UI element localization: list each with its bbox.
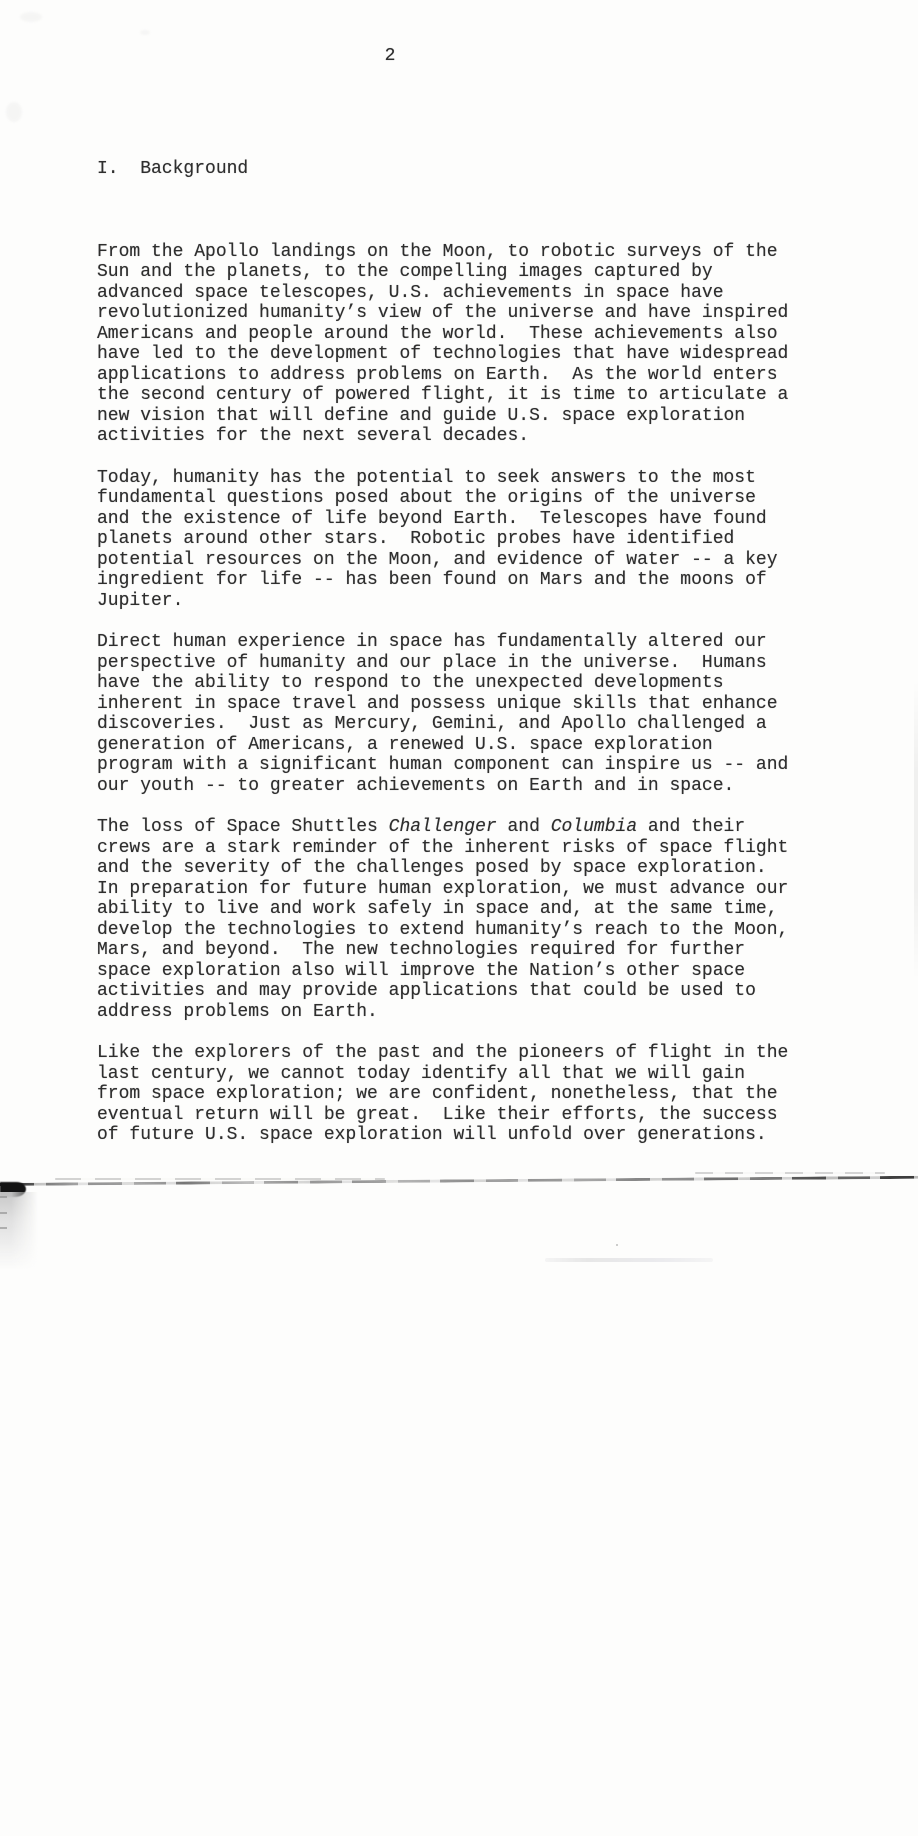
text-line: activities and may provide applications … xyxy=(97,981,807,1002)
scan-smudge xyxy=(545,1258,713,1262)
text-line: space exploration also will improve the … xyxy=(97,961,807,982)
text-segment: ability to live and work safely in space… xyxy=(97,899,778,919)
text-line: ingredient for life -- has been found on… xyxy=(97,570,807,591)
text-line: from space exploration; we are confident… xyxy=(97,1084,807,1105)
text-line: generation of Americans, a renewed U.S. … xyxy=(97,735,807,756)
text-line: The loss of Space Shuttles Challenger an… xyxy=(97,817,807,838)
text-line: Americans and people around the world. T… xyxy=(97,324,807,345)
text-line: and the severity of the challenges posed… xyxy=(97,858,807,879)
italicized-text: Challenger xyxy=(389,817,497,837)
text-segment: planets around other stars. Robotic prob… xyxy=(97,529,734,549)
text-line: the second century of powered flight, it… xyxy=(97,385,807,406)
scan-smudge xyxy=(20,12,42,22)
text-line: potential resources on the Moon, and evi… xyxy=(97,550,807,571)
paragraph: Today, humanity has the potential to see… xyxy=(97,468,807,612)
paragraph: Like the explorers of the past and the p… xyxy=(97,1043,807,1146)
text-segment: Mars, and beyond. The new technologies r… xyxy=(97,940,745,960)
text-segment: Jupiter. xyxy=(97,591,183,611)
text-segment: applications to address problems on Eart… xyxy=(97,365,778,385)
text-line: develop the technologies to extend human… xyxy=(97,920,807,941)
text-line: program with a significant human compone… xyxy=(97,755,807,776)
text-segment: and the severity of the challenges posed… xyxy=(97,858,767,878)
text-segment: activities for the next several decades. xyxy=(97,426,529,446)
text-segment: Like the explorers of the past and the p… xyxy=(97,1043,788,1063)
text-segment: perspective of humanity and our place in… xyxy=(97,653,767,673)
text-segment: The loss of Space Shuttles xyxy=(97,817,389,837)
text-segment: potential resources on the Moon, and evi… xyxy=(97,550,778,570)
paragraphs-container: From the Apollo landings on the Moon, to… xyxy=(97,242,807,1146)
text-segment: and their xyxy=(637,817,745,837)
text-line: have the ability to respond to the unexp… xyxy=(97,673,807,694)
text-segment: last century, we cannot today identify a… xyxy=(97,1064,745,1084)
text-line: discoveries. Just as Mercury, Gemini, an… xyxy=(97,714,807,735)
text-line: have led to the development of technolog… xyxy=(97,344,807,365)
paragraph: The loss of Space Shuttles Challenger an… xyxy=(97,817,807,1022)
text-segment: from space exploration; we are confident… xyxy=(97,1084,778,1104)
scan-right-edge-streak xyxy=(914,680,918,980)
text-segment: have the ability to respond to the unexp… xyxy=(97,673,724,693)
text-line: of future U.S. space exploration will un… xyxy=(97,1125,807,1146)
text-line: eventual return will be great. Like thei… xyxy=(97,1105,807,1126)
scan-tick-mark xyxy=(0,1227,7,1229)
text-line: advanced space telescopes, U.S. achievem… xyxy=(97,283,807,304)
text-segment: address problems on Earth. xyxy=(97,1002,378,1022)
text-segment: eventual return will be great. Like thei… xyxy=(97,1105,778,1125)
text-segment: From the Apollo landings on the Moon, to… xyxy=(97,242,778,262)
text-segment: activities and may provide applications … xyxy=(97,981,756,1001)
text-segment: the second century of powered flight, it… xyxy=(97,385,788,405)
text-line: In preparation for future human explorat… xyxy=(97,879,807,900)
paragraph: From the Apollo landings on the Moon, to… xyxy=(97,242,807,447)
text-line: Mars, and beyond. The new technologies r… xyxy=(97,940,807,961)
scan-smudge xyxy=(6,102,22,122)
text-segment: crews are a stark reminder of the inhere… xyxy=(97,838,788,858)
text-segment: advanced space telescopes, U.S. achievem… xyxy=(97,283,724,303)
text-line: and the existence of life beyond Earth. … xyxy=(97,509,807,530)
text-line: Today, humanity has the potential to see… xyxy=(97,468,807,489)
section-heading: I. Background xyxy=(97,159,807,180)
scan-left-edge-shadow xyxy=(0,1192,38,1270)
text-line: crews are a stark reminder of the inhere… xyxy=(97,838,807,859)
text-segment: generation of Americans, a renewed U.S. … xyxy=(97,735,713,755)
italicized-text: Columbia xyxy=(551,817,637,837)
text-segment: ingredient for life -- has been found on… xyxy=(97,570,767,590)
text-line: revolutionized humanity’s view of the un… xyxy=(97,303,807,324)
text-line: applications to address problems on Eart… xyxy=(97,365,807,386)
text-segment: develop the technologies to extend human… xyxy=(97,920,788,940)
scan-tick-mark xyxy=(0,1196,7,1198)
text-segment: Sun and the planets, to the compelling i… xyxy=(97,262,713,282)
text-line: activities for the next several decades. xyxy=(97,426,807,447)
text-line: Like the explorers of the past and the p… xyxy=(97,1043,807,1064)
text-line: Sun and the planets, to the compelling i… xyxy=(97,262,807,283)
text-line: address problems on Earth. xyxy=(97,1002,807,1023)
scan-smudge xyxy=(140,30,150,35)
text-line: From the Apollo landings on the Moon, to… xyxy=(97,242,807,263)
text-segment: space exploration also will improve the … xyxy=(97,961,745,981)
text-segment: inherent in space travel and possess uni… xyxy=(97,694,778,714)
text-segment: discoveries. Just as Mercury, Gemini, an… xyxy=(97,714,767,734)
text-segment: program with a significant human compone… xyxy=(97,755,788,775)
text-segment: Americans and people around the world. T… xyxy=(97,324,778,344)
text-line: perspective of humanity and our place in… xyxy=(97,653,807,674)
document-body: I. Background From the Apollo landings o… xyxy=(97,118,807,1187)
text-line: new vision that will define and guide U.… xyxy=(97,406,807,427)
text-segment: and xyxy=(497,817,551,837)
text-segment: In preparation for future human explorat… xyxy=(97,879,788,899)
scan-fold-dashes-right xyxy=(695,1172,885,1174)
text-line: our youth -- to greater achievements on … xyxy=(97,776,807,797)
text-line: ability to live and work safely in space… xyxy=(97,899,807,920)
text-line: fundamental questions posed about the or… xyxy=(97,488,807,509)
paragraph: Direct human experience in space has fun… xyxy=(97,632,807,796)
scan-speck xyxy=(616,1244,618,1246)
text-segment: revolutionized humanity’s view of the un… xyxy=(97,303,788,323)
text-line: Jupiter. xyxy=(97,591,807,612)
scan-tick-mark xyxy=(0,1212,7,1214)
text-line: Direct human experience in space has fun… xyxy=(97,632,807,653)
text-segment: have led to the development of technolog… xyxy=(97,344,788,364)
text-segment: our youth -- to greater achievements on … xyxy=(97,776,734,796)
text-line: last century, we cannot today identify a… xyxy=(97,1064,807,1085)
text-segment: and the existence of life beyond Earth. … xyxy=(97,509,767,529)
scanned-page: 2 I. Background From the Apollo landings… xyxy=(0,0,918,1836)
page-number: 2 xyxy=(0,46,780,67)
text-segment: Today, humanity has the potential to see… xyxy=(97,468,756,488)
text-segment: new vision that will define and guide U.… xyxy=(97,406,745,426)
text-line: inherent in space travel and possess uni… xyxy=(97,694,807,715)
text-segment: of future U.S. space exploration will un… xyxy=(97,1125,767,1145)
text-segment: fundamental questions posed about the or… xyxy=(97,488,756,508)
text-segment: Direct human experience in space has fun… xyxy=(97,632,767,652)
text-line: planets around other stars. Robotic prob… xyxy=(97,529,807,550)
